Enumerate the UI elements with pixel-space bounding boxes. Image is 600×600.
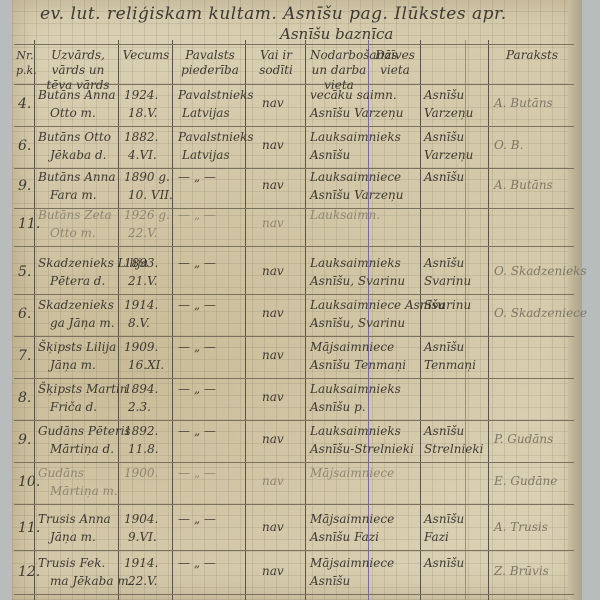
cell-citizenship-1: — „ — [178, 466, 216, 480]
column-divider [118, 40, 119, 600]
cell-citizenship-2: Latvijas [182, 148, 230, 162]
row-number: 12. [18, 564, 40, 580]
row-divider [14, 246, 574, 247]
cell-occupation-1: Mājsaimniece [310, 340, 394, 354]
cell-patronym: Jēkaba d. [50, 148, 106, 162]
cell-occupation-2: Asnīšu p. [310, 400, 366, 414]
row-divider [14, 420, 574, 421]
row-number: 11. [18, 216, 40, 232]
cell-birth-date: 11.8. [128, 442, 159, 456]
cell-occupation-1: Mājsaimniece [310, 512, 394, 526]
cell-convicted: nav [262, 520, 284, 534]
cell-patronym: ga Jāņa m. [50, 316, 115, 330]
column-divider [465, 40, 466, 600]
cell-residence-2: Svarinu [424, 274, 471, 288]
cell-citizenship-1: — „ — [178, 512, 216, 526]
cell-birth-year: 1890 g. [124, 170, 170, 184]
cell-birth-date: 10. VII. [128, 188, 173, 202]
cell-citizenship-1: — „ — [178, 424, 216, 438]
cell-convicted: nav [262, 474, 284, 488]
cell-occupation-2: Asnīšu-Strelnieki [310, 442, 414, 456]
cell-residence-1: Asnīšu [424, 170, 464, 184]
row-divider [14, 550, 574, 551]
cell-name: Butāns Anna [38, 170, 116, 184]
cell-occupation-2: Asnīšu, Svarinu [310, 316, 405, 330]
cell-signature: O. Skadzeniece [494, 306, 587, 320]
row-divider [14, 44, 574, 45]
cell-birth-year: 1893. [124, 256, 158, 270]
row-divider [14, 504, 574, 505]
cell-residence-1: Asnīšu [424, 340, 464, 354]
cell-signature: A. Butāns [494, 96, 553, 110]
cell-convicted: nav [262, 96, 284, 110]
column-header: Pavalsts piederība [176, 48, 244, 78]
cell-signature: P. Gudāns [494, 432, 553, 446]
cell-patronym: Mārtiņa m. [50, 484, 118, 498]
cell-occupation-1: Lauksaimnieks [310, 130, 401, 144]
cell-citizenship-1: Pavalstnieks [178, 88, 254, 102]
cell-name: Butāns Zeta [38, 208, 112, 222]
cell-birth-date: 16.XI. [128, 358, 164, 372]
cell-signature: A. Butāns [494, 178, 553, 192]
row-number: 5. [18, 264, 31, 280]
column-divider [172, 40, 173, 600]
cell-citizenship-1: Pavalstnieks [178, 130, 254, 144]
cell-residence-2: Strelnieki [424, 442, 484, 456]
cell-residence-1: Asnīšu [424, 556, 464, 570]
cell-signature: A. Trusis [494, 520, 548, 534]
cell-convicted: nav [262, 306, 284, 320]
cell-birth-year: 1894. [124, 382, 158, 396]
cell-convicted: nav [262, 138, 284, 152]
cell-occupation-2: Asnīšu Varzeņu [310, 188, 403, 202]
cell-birth-year: 1924. [124, 88, 158, 102]
cell-birth-date: 4.VI. [128, 148, 157, 162]
cell-occupation-1: Lauksaimnieks [310, 256, 401, 270]
cell-patronym: ma Jēkaba m. [50, 574, 133, 588]
cell-convicted: nav [262, 432, 284, 446]
cell-birth-date: 22.V. [128, 226, 157, 240]
row-divider [14, 594, 574, 595]
cell-residence-1: Asnīšu [424, 88, 464, 102]
document-subtitle: Asnīšu baznīca [280, 25, 393, 43]
cell-occupation-2: Asnīšu [310, 574, 350, 588]
column-divider [34, 40, 35, 600]
cell-citizenship-1: — „ — [178, 170, 216, 184]
cell-birth-year: 1914. [124, 298, 158, 312]
cell-birth-year: 1892. [124, 424, 158, 438]
cell-name: Trusis Fek. [38, 556, 105, 570]
cell-residence-2: Tenmaņi [424, 358, 476, 372]
cell-signature: O. Skadzenieks [494, 264, 587, 278]
row-number: 6. [18, 138, 31, 154]
cell-residence-1: Asnīšu [424, 130, 464, 144]
page-edge [568, 0, 582, 600]
cell-convicted: nav [262, 564, 284, 578]
row-number: 9. [18, 432, 31, 448]
cell-patronym: Pētera d. [50, 274, 105, 288]
row-number: 8. [18, 390, 31, 406]
cell-occupation-1: Lauksaimnieks [310, 382, 401, 396]
cell-occupation-2: Asnīšu, Svarinu [310, 274, 405, 288]
cell-birth-year: 1926 g. [124, 208, 170, 222]
cell-name: Butāns Otto [38, 130, 111, 144]
cell-patronym: Friča d. [50, 400, 97, 414]
document-title: ev. lut. reliģiskam kultam. Asnīšu pag. … [40, 4, 580, 24]
column-divider [305, 40, 306, 600]
cell-citizenship-1: — „ — [178, 340, 216, 354]
cell-birth-year: 1909. [124, 340, 158, 354]
row-divider [14, 462, 574, 463]
cell-occupation-1: Lauksaimnieks [310, 424, 401, 438]
cell-birth-year: 1914. [124, 556, 158, 570]
row-divider [14, 336, 574, 337]
cell-occupation-1: Lauksaimn. [310, 208, 380, 222]
cell-birth-date: 2.3. [128, 400, 151, 414]
cell-convicted: nav [262, 348, 284, 362]
cell-birth-year: 1900. [124, 466, 158, 480]
column-header: Nr. p.k. [16, 48, 34, 78]
cell-residence-2: Varzeņu [424, 106, 473, 120]
cell-convicted: nav [262, 216, 284, 230]
cell-name: Skadzenieks [38, 298, 114, 312]
cell-patronym: Otto m. [50, 106, 96, 120]
cell-birth-date: 21.V. [128, 274, 157, 288]
cell-birth-date: 22.V. [128, 574, 157, 588]
cell-name: Šķipsts Lilija [38, 340, 116, 354]
cell-residence-1: Asnīšu [424, 256, 464, 270]
cell-name: Gudāns Pēteris [38, 424, 131, 438]
cell-occupation-2: Asnīšu Varzeņu [310, 106, 403, 120]
column-header: Nodarbošanās un darba vieta [310, 48, 368, 93]
cell-name: Šķipsts Martin [38, 382, 128, 396]
cell-residence-1: Asnīšu [424, 424, 464, 438]
cell-occupation-1: Mājsaimniece [310, 556, 394, 570]
cell-patronym: Fara m. [50, 188, 97, 202]
cell-patronym: Jāņa m. [50, 358, 96, 372]
cell-occupation-1: vecāku saimn. [310, 88, 397, 102]
cell-citizenship-1: — „ — [178, 556, 216, 570]
column-divider [245, 40, 246, 600]
cell-residence-1: Svarinu [424, 298, 471, 312]
cell-patronym: Jāņa m. [50, 530, 96, 544]
cell-signature: O. B. [494, 138, 523, 152]
cell-citizenship-2: Latvijas [182, 106, 230, 120]
column-header: Vai ir sodīti [248, 48, 304, 78]
cell-citizenship-1: — „ — [178, 208, 216, 222]
cell-name: Butāns Anna [38, 88, 116, 102]
cell-citizenship-1: — „ — [178, 382, 216, 396]
cell-birth-year: 1882. [124, 130, 158, 144]
cell-birth-date: 8.V. [128, 316, 150, 330]
cell-convicted: nav [262, 264, 284, 278]
column-divider [488, 40, 489, 600]
row-number: 7. [18, 348, 31, 364]
row-divider [14, 168, 574, 169]
cell-name: Trusis Anna [38, 512, 111, 526]
cell-birth-year: 1904. [124, 512, 158, 526]
cell-signature: E. Gudāne [494, 474, 557, 488]
cell-birth-date: 9.VI. [128, 530, 157, 544]
cell-citizenship-1: — „ — [178, 298, 216, 312]
cell-occupation-2: Asnīšu Fazi [310, 530, 379, 544]
cell-occupation-1: Mājsaimniece [310, 466, 394, 480]
column-header: Uzvārds, vārds un tēva vārds [38, 48, 118, 93]
cell-residence-2: Fazi [424, 530, 449, 544]
cell-convicted: nav [262, 390, 284, 404]
cell-patronym: Mārtiņa d. [50, 442, 114, 456]
cell-signature: Z. Brūvis [494, 564, 549, 578]
row-number: 6. [18, 306, 31, 322]
row-number: 11. [18, 520, 40, 536]
row-number: 10. [18, 474, 40, 490]
column-divider [420, 40, 421, 600]
cell-name: Gudāns [38, 466, 84, 480]
row-number: 9. [18, 178, 31, 194]
row-divider [14, 294, 574, 295]
cell-convicted: nav [262, 178, 284, 192]
cell-occupation-1: Lauksaimniece [310, 170, 401, 184]
cell-residence-1: Asnīšu [424, 512, 464, 526]
column-header: Vecums [120, 48, 172, 63]
cell-birth-date: 18.V. [128, 106, 157, 120]
cell-residence-2: Varzeņu [424, 148, 473, 162]
row-divider [14, 126, 574, 127]
cell-occupation-2: Asnīšu Tenmaņi [310, 358, 406, 372]
row-number: 4. [18, 96, 31, 112]
row-divider [14, 378, 574, 379]
cell-citizenship-1: — „ — [178, 256, 216, 270]
cell-patronym: Otto m. [50, 226, 96, 240]
column-header: Dzīves vieta [372, 48, 418, 78]
column-header: Paraksts [492, 48, 572, 63]
cell-occupation-2: Asnīšu [310, 148, 350, 162]
